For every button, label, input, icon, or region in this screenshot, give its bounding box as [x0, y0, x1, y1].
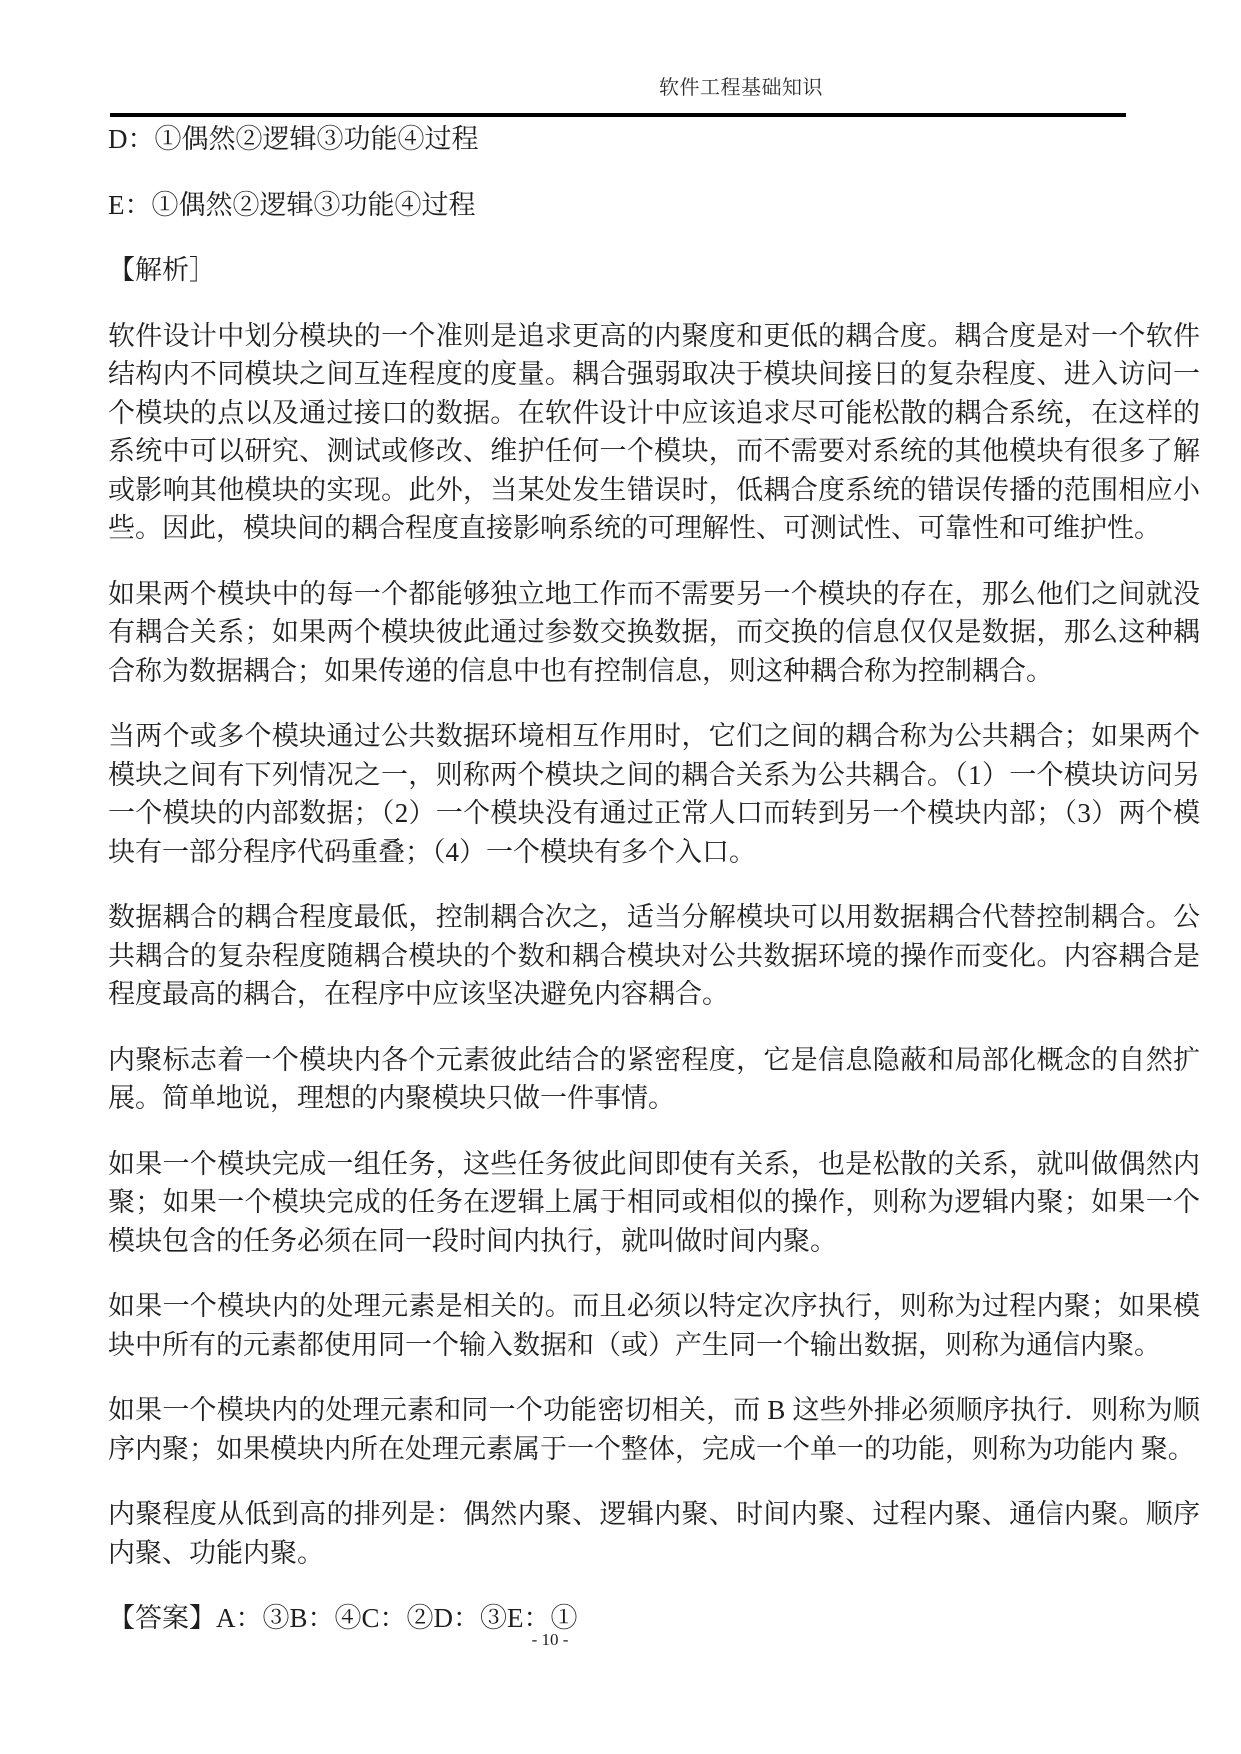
page-number: - 10 - [532, 1630, 569, 1649]
answer-line: 【答案】A：③B：④C：②D：③E：① [108, 1599, 1200, 1638]
paragraph: 内聚标志着一个模块内各个元素彼此结合的紧密程度，它是信息隐蔽和局部化概念的自然扩… [108, 1041, 1200, 1118]
paragraph: 如果两个模块中的每一个都能够独立地工作而不需要另一个模块的存在，那么他们之间就没… [108, 575, 1200, 691]
paragraph: 内聚程度从低到高的排列是：偶然内聚、逻辑内聚、时间内聚、过程内聚、通信内聚。顺序… [108, 1495, 1200, 1572]
header-title: 软件工程基础知识 [659, 77, 823, 99]
document-page: 软件工程基础知识 D：①偶然②逻辑③功能④过程 E：①偶然②逻辑③功能④过程 【… [0, 0, 1241, 1754]
analysis-heading: 【解析］ [108, 251, 1200, 290]
paragraph: 数据耦合的耦合程度最低，控制耦合次之，适当分解模块可以用数据耦合代替控制耦合。公… [108, 898, 1200, 1014]
document-body: D：①偶然②逻辑③功能④过程 E：①偶然②逻辑③功能④过程 【解析］ 软件设计中… [108, 120, 1200, 1665]
paragraph: 当两个或多个模块通过公共数据环境相互作用时，它们之间的耦合称为公共耦合；如果两个… [108, 717, 1200, 871]
paragraph: 如果一个模块内的处理元素和同一个功能密切相关，而 B 这些外排必须顺序执行．则称… [108, 1391, 1200, 1468]
option-d-line: D：①偶然②逻辑③功能④过程 [108, 120, 1200, 159]
paragraph: 如果一个模块内的处理元素是相关的。而且必须以特定次序执行，则称为过程内聚；如果模… [108, 1287, 1200, 1364]
page-footer: - 10 - [532, 1631, 569, 1649]
paragraph: 软件设计中划分模块的一个准则是追求更高的内聚度和更低的耦合度。耦合度是对一个软件… [108, 317, 1200, 548]
option-e-line: E：①偶然②逻辑③功能④过程 [108, 186, 1200, 225]
paragraph: 如果一个模块完成一组任务，这些任务彼此间即使有关系，也是松散的关系，就叫做偶然内… [108, 1145, 1200, 1261]
header-rule [110, 113, 1126, 117]
